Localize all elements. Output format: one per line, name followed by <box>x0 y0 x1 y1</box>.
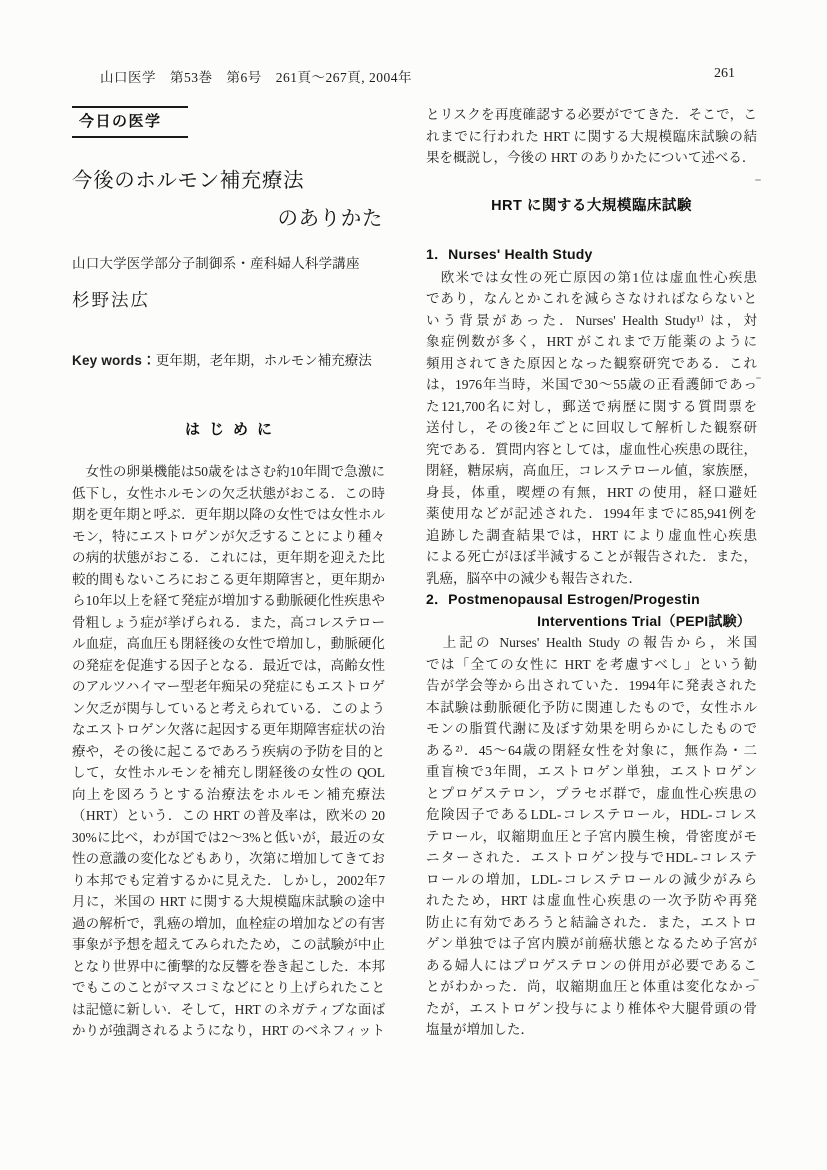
text-line: とリスクを再度確認する必要がでてきた．そこで，こ <box>426 104 757 126</box>
text-line: 骨粗しょう症が挙げられる．また，高コレステロー <box>72 612 385 634</box>
text-line: た121,700名に対し，郵送で病歴に関する質問票を <box>426 396 757 418</box>
text-line: なエストロゲン欠落に起因する更年期障害症状の治 <box>72 719 385 741</box>
text-line: 本試験は動脈硬化予防に関連したもので，女性ホル <box>426 697 757 719</box>
right-column: とリスクを再度確認する必要がでてきた．そこで，これまでに行われた HRT に関す… <box>426 104 757 1041</box>
subsection-2-heading-line2: Interventions Trial（PEPI試験） <box>426 611 757 633</box>
section-heading-trials: HRT に関する大規模臨床試験 <box>426 195 757 217</box>
subsection-1-heading: 1．Nurses' Health Study <box>426 243 757 265</box>
text-line: テロール，収縮期血圧と子宮内膜生検，骨密度がモ <box>426 826 757 848</box>
text-line: 性の意識の変化などもあり，次第に増加してきてお <box>72 848 385 870</box>
text-line: り本邦でも定着するかに見えた．しかし，2002年7 <box>72 870 385 892</box>
text-line: は，1976年当時，米国で30～55歳の正看護師であっ <box>426 374 757 396</box>
text-line: ロールの増加，LDL-コレステロールの減少がみら <box>426 869 757 891</box>
text-line: れたため，HRT は虚血性心疾患の一次予防や再発 <box>426 890 757 912</box>
text-line: （HRT）という．この HRT の普及率は，欧米の 20～ <box>72 805 385 827</box>
text-line: ニターされた．エストロゲン投与でHDL-コレステ <box>426 847 757 869</box>
text-line: ゲン単独では子宮内膜が前癌状態となるため子宮が <box>426 933 757 955</box>
text-line: 果を概説し，今後の HRT のありかたについて述べる． <box>426 147 757 169</box>
text-line: 防止に有効であろうと結論された．また，エストロ <box>426 912 757 934</box>
text-line: とがわかった．尚，収縮期血圧と体重は変化なかっ <box>426 976 757 998</box>
keywords-line: Key words：更年期，老年期，ホルモン補充療法 <box>72 350 385 372</box>
scan-artifact <box>755 179 761 181</box>
page-header: 山口医学 第53巻 第6号 261頁～267頁, 2004年 261 <box>100 66 757 88</box>
text-line: 重盲検で3年間，エストロゲン単独，エストロゲン <box>426 761 757 783</box>
text-line: 上記の Nurses' Health Study の報告から，米国 <box>426 632 757 654</box>
scan-artifact <box>756 377 761 379</box>
continuation-body: とリスクを再度確認する必要がでてきた．そこで，これまでに行われた HRT に関す… <box>426 104 757 169</box>
text-line: ン欠乏が関与していると考えられている．このよう <box>72 698 385 720</box>
text-line: 危険因子であるLDL-コレステロール，HDL-コレス <box>426 804 757 826</box>
text-line: ある²⁾．45～64歳の閉経女性を対象に，無作為・二 <box>426 740 757 762</box>
affiliation: 山口大学医学部分子制御系・産科婦人科学講座 <box>72 254 385 274</box>
text-line: の発症を促進する因子となる．最近では，高齢女性 <box>72 655 385 677</box>
subsection-1-body: 欧米では女性の死亡原因の第1位は虚血性心疾患であり，なんとかこれを減らさなければ… <box>426 267 757 590</box>
text-line: 療や，その後に起こるであろう疾病の予防を目的と <box>72 741 385 763</box>
text-line: 究である．質問内容としては，虚血性心疾患の既往， <box>426 439 757 461</box>
text-line: 頻用されてきた原因となった観察研究である．これ <box>426 353 757 375</box>
text-line: とプロゲステロン，プラセボ群で，虚血性心疾患の <box>426 783 757 805</box>
text-line: でもこのことがマスコミなどにとり上げられたこと <box>72 977 385 999</box>
text-line: では「全ての女性に HRT を考慮すべし」という勧 <box>426 654 757 676</box>
text-line: 追跡した調査結果では，HRT により虚血性心疾患 <box>426 525 757 547</box>
text-line: 女性の卵巣機能は50歳をはさむ約10年間で急激に <box>72 461 385 483</box>
subsection-2-heading-line1: 2．Postmenopausal Estrogen/Progestin <box>426 589 757 611</box>
text-line: 身長，体重，喫煙の有無，HRT の使用，経口避妊 <box>426 482 757 504</box>
text-line: 過の解析で，乳癌の増加，血栓症の増加などの有害 <box>72 913 385 935</box>
scan-artifact <box>753 979 759 981</box>
text-line: 向上を図ろうとする治療法をホルモン補充療法 <box>72 784 385 806</box>
subsection-2-body: 上記の Nurses' Health Study の報告から，米国では「全ての女… <box>426 632 757 1041</box>
text-line: ら10年以上を経て発症が増加する動脈硬化性疾患や <box>72 590 385 612</box>
text-line: モン，特にエストロゲンが欠乏することにより種々 <box>72 526 385 548</box>
author-name: 杉野法広 <box>72 288 385 312</box>
text-line: 低下し，女性ホルモンの欠乏状態がおこる．この時 <box>72 483 385 505</box>
text-line: ル血症，高血圧も閉経後の女性で増加し，動脈硬化 <box>72 633 385 655</box>
category-label: 今日の医学 <box>72 106 188 138</box>
text-line: 送付し，その後2年ごとに回収して解析した観察研 <box>426 417 757 439</box>
text-line: 薬使用などが記述された．1994年までに85,941例を <box>426 503 757 525</box>
section-heading-introduction: はじめに <box>72 418 385 442</box>
text-line: して，女性ホルモンを補充し閉経後の女性の QOL の <box>72 762 385 784</box>
text-line: 30%に比べ，わが国では2～3%と低いが，最近の女 <box>72 827 385 849</box>
text-line: となり世界中に衝撃的な反響を巻き起こした．本邦 <box>72 956 385 978</box>
text-line: 月に，米国の HRT に関する大規模臨床試験の途中経 <box>72 891 385 913</box>
text-line: 象症例数が多く，HRT がこれまで万能薬のように <box>426 331 757 353</box>
text-line: モンの脂質代謝に及ぼす効果を明らかにしたもので <box>426 718 757 740</box>
text-line: 較的間もないころにおこる更年期障害と，更年期か <box>72 569 385 591</box>
text-line: 塩量が増加した． <box>426 1019 757 1041</box>
text-line: 欧米では女性の死亡原因の第1位は虚血性心疾患 <box>426 267 757 289</box>
left-column: 今日の医学 今後のホルモン補充療法 のありかた 山口大学医学部分子制御系・産科婦… <box>72 106 385 1042</box>
text-line: であり，なんとかこれを減らさなければならないと <box>426 288 757 310</box>
text-line: いう背景があった．Nurses' Health Study¹⁾ は，対 <box>426 310 757 332</box>
text-line: れまでに行われた HRT に関する大規模臨床試験の結 <box>426 126 757 148</box>
text-line: による死亡がほぼ半減することが報告された．また， <box>426 546 757 568</box>
journal-citation: 山口医学 第53巻 第6号 261頁～267頁, 2004年 <box>100 70 412 85</box>
keywords-label: Key words： <box>72 353 156 368</box>
keywords-value: 更年期，老年期，ホルモン補充療法 <box>156 353 372 368</box>
text-line: のアルツハイマー型老年痴呆の発症にもエストロゲ <box>72 676 385 698</box>
text-line: たが，エストロゲン投与により椎体や大腿骨頭の骨 <box>426 998 757 1020</box>
text-line: は記憶に新しい．そして，HRT のネガティブな面ば <box>72 999 385 1021</box>
page-number: 261 <box>714 66 735 82</box>
text-line: 閉経，糖尿病，高血圧，コレステロール値，家族歴， <box>426 460 757 482</box>
text-line: の病的状態がおこる．これには，更年期を迎えた比 <box>72 547 385 569</box>
text-line: 事象が予想を超えてみられたため，この試験が中止 <box>72 934 385 956</box>
text-line: 告が学会等から出されていた．1994年に発表された <box>426 675 757 697</box>
text-line: かりが強調されるようになり，HRT のベネフィット <box>72 1020 385 1042</box>
introduction-body: 女性の卵巣機能は50歳をはさむ約10年間で急激に低下し，女性ホルモンの欠乏状態が… <box>72 461 385 1042</box>
article-title-line1: 今後のホルモン補充療法 <box>72 162 385 200</box>
text-line: ある婦人にはプロゲステロンの併用が必要であるこ <box>426 955 757 977</box>
article-title-line2: のありかた <box>72 200 385 238</box>
text-line: 乳癌，脳卒中の減少も報告された． <box>426 568 757 590</box>
text-line: 期を更年期と呼ぶ．更年期以降の女性では女性ホル <box>72 504 385 526</box>
